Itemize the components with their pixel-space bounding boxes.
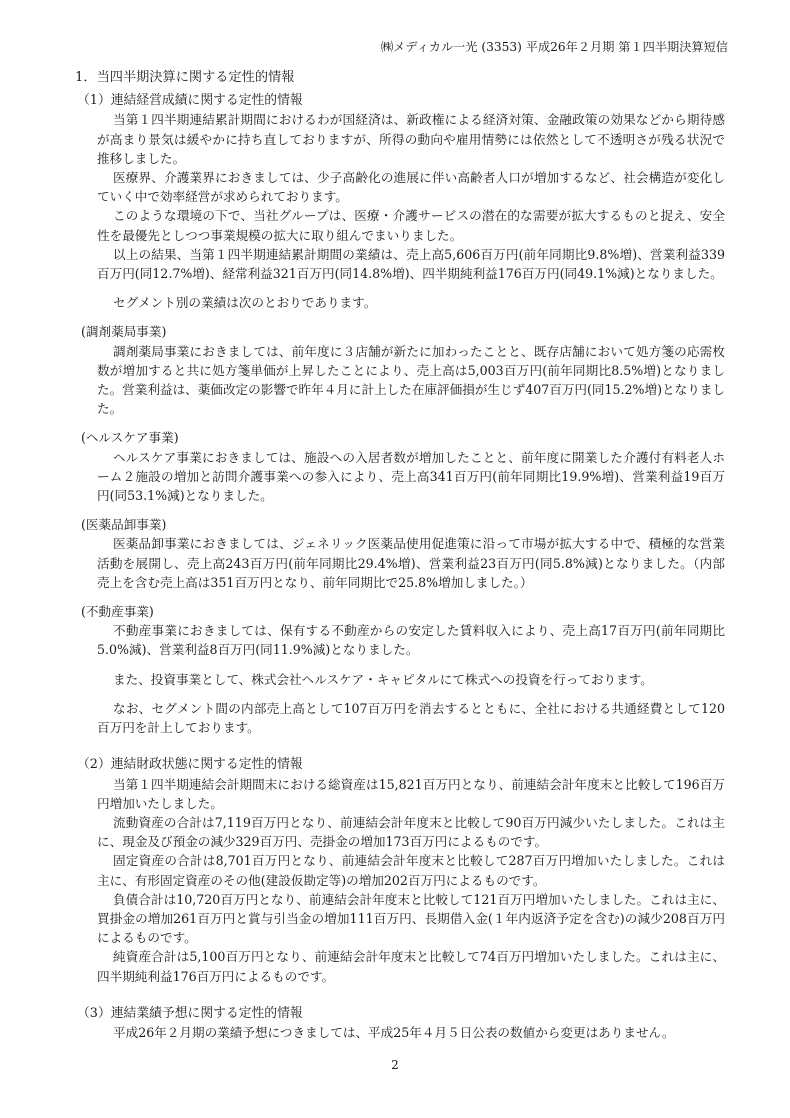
segment-text: 医薬品卸事業におきましては、ジェネリック医薬品使用促進策に沿って市場が拡大する中…: [97, 534, 725, 592]
document-body: 1．当四半期決算に関する定性的情報 （1）連結経営成績に関する定性的情報 当第１…: [75, 68, 725, 1042]
paragraph: 固定資産の合計は8,701百万円となり、前連結会計年度末と比較して287百万円増…: [97, 851, 725, 889]
subsection-title-forecast: （3）連結業績予想に関する定性的情報: [77, 1004, 725, 1023]
document-header: ㈱メディカル一光 (3353) 平成26年２月期 第１四半期決算短信: [381, 38, 728, 55]
paragraph: 流動資産の合計は7,119百万円となり、前連結会計年度末と比較して90百万円減少…: [97, 813, 725, 851]
paragraph: 以上の結果、当第１四半期連結累計期間の業績は、売上高5,606百万円(前年同期比…: [97, 245, 725, 283]
segment-label-dispensing-pharmacy: (調剤薬局事業): [81, 322, 725, 341]
paragraph: 当第１四半期連結会計期間末における総資産は15,821百万円となり、前連結会計年…: [97, 775, 725, 813]
paragraph: 平成26年２月期の業績予想につきましては、平成25年４月５日公表の数値から変更は…: [97, 1023, 725, 1042]
paragraph: このような環境の下で、当社グループは、医療・介護サービスの潜在的な需要が拡大する…: [97, 206, 725, 244]
paragraph: 当第１四半期連結累計期間におけるわが国経済は、新政権による経済対策、金融政策の効…: [97, 110, 725, 168]
section-title: 1．当四半期決算に関する定性的情報: [75, 68, 725, 87]
subsection-title-operating-results: （1）連結経営成績に関する定性的情報: [77, 91, 725, 110]
segment-intro: セグメント別の業績は次のとおりであります。: [97, 293, 725, 312]
paragraph: 純資産合計は5,100百万円となり、前連結会計年度末と比較して74百万円増加いた…: [97, 947, 725, 985]
investment-note: また、投資事業として、株式会社ヘルスケア・キャピタルにて株式への投資を行っており…: [97, 670, 725, 689]
segment-text: ヘルスケア事業におきましては、施設への入居者数が増加したことと、前年度に開業した…: [97, 448, 725, 506]
segment-label-healthcare: (ヘルスケア事業): [81, 428, 725, 447]
paragraph: 負債合計は10,720百万円となり、前連結会計年度末と比較して121百万円増加い…: [97, 890, 725, 948]
page-number: 2: [0, 1058, 790, 1072]
paragraph: 医療界、介護業界におきましては、少子高齢化の進展に伴い高齢者人口が増加するなど、…: [97, 168, 725, 206]
segment-text: 調剤薬局事業におきましては、前年度に３店舗が新たに加わったことと、既存店舗におい…: [97, 342, 725, 419]
document-page: ㈱メディカル一光 (3353) 平成26年２月期 第１四半期決算短信 1．当四半…: [0, 0, 790, 1118]
subsection-title-financial-position: （2）連結財政状態に関する定性的情報: [77, 755, 725, 774]
segment-label-real-estate: (不動産事業): [81, 602, 725, 621]
elimination-note: なお、セグメント間の内部売上高として107百万円を消去するとともに、全社における…: [97, 699, 725, 737]
segment-text: 不動産事業におきましては、保有する不動産からの安定した賃料収入により、売上高17…: [97, 621, 725, 659]
segment-label-pharma-wholesale: (医薬品卸事業): [81, 515, 725, 534]
